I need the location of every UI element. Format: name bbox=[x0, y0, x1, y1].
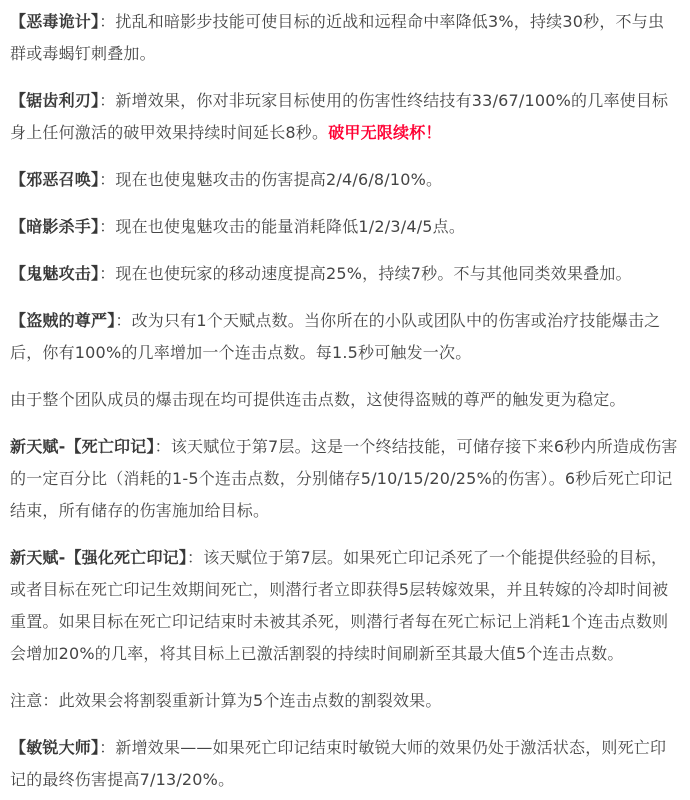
skill-name-label: 【恶毒诡计】 bbox=[10, 12, 99, 31]
skill-name-label: 【敏锐大师】 bbox=[10, 738, 99, 757]
patch-note-paragraph: 【暗影杀手】：现在也使鬼魅攻击的能量消耗降低1/2/3/4/5点。 bbox=[10, 211, 680, 243]
skill-description: ：扰乱和暗影步技能可使目标的近战和远程命中率降低3%，持续30秒，不与虫群或毒蝎… bbox=[10, 12, 664, 63]
patch-note-paragraph: 新天赋-【强化死亡印记】：该天赋位于第7层。如果死亡印记杀死了一个能提供经验的目… bbox=[10, 542, 680, 670]
highlight-note: 破甲无限续杯！ bbox=[328, 123, 441, 142]
patch-note-paragraph: 【恶毒诡计】：扰乱和暗影步技能可使目标的近战和远程命中率降低3%，持续30秒，不… bbox=[10, 6, 680, 70]
skill-name-label: 【盗贼的尊严】 bbox=[10, 311, 115, 330]
skill-name-label: 新天赋-【死亡印记】 bbox=[10, 437, 155, 456]
skill-name-label: 【邪恶召唤】 bbox=[10, 170, 99, 189]
skill-description: ：新增效果——如果死亡印记结束时敏锐大师的效果仍处于激活状态，则死亡印记的最终伤… bbox=[10, 738, 666, 789]
skill-description: 由于整个团队成员的爆击现在均可提供连击点数，这使得盗贼的尊严的触发更为稳定。 bbox=[10, 390, 626, 409]
patch-note-paragraph: 【邪恶召唤】：现在也使鬼魅攻击的伤害提高2/4/6/8/10%。 bbox=[10, 164, 680, 196]
skill-name-label: 【暗影杀手】 bbox=[10, 217, 99, 236]
patch-note-paragraph: 注意：此效果会将割裂重新计算为5个连击点数的割裂效果。 bbox=[10, 685, 680, 717]
skill-description: ：现在也使鬼魅攻击的伤害提高2/4/6/8/10%。 bbox=[99, 170, 442, 189]
patch-note-paragraph: 【敏锐大师】：新增效果——如果死亡印记结束时敏锐大师的效果仍处于激活状态，则死亡… bbox=[10, 732, 680, 796]
patch-note-paragraph: 由于整个团队成员的爆击现在均可提供连击点数，这使得盗贼的尊严的触发更为稳定。 bbox=[10, 384, 680, 416]
patch-note-paragraph: 【鬼魅攻击】：现在也使玩家的移动速度提高25%，持续7秒。不与其他同类效果叠加。 bbox=[10, 258, 680, 290]
patch-note-paragraph: 【锯齿利刃】：新增效果，你对非玩家目标使用的伤害性终结技有33/67/100%的… bbox=[10, 85, 680, 149]
skill-name-label: 【锯齿利刃】 bbox=[10, 91, 99, 110]
patch-note-paragraph: 新天赋-【死亡印记】：该天赋位于第7层。这是一个终结技能，可储存接下来6秒内所造… bbox=[10, 431, 680, 527]
patch-notes-article: 【恶毒诡计】：扰乱和暗影步技能可使目标的近战和远程命中率降低3%，持续30秒，不… bbox=[0, 0, 690, 800]
skill-description: ：现在也使玩家的移动速度提高25%，持续7秒。不与其他同类效果叠加。 bbox=[99, 264, 632, 283]
patch-note-paragraph: 【盗贼的尊严】：改为只有1个天赋点数。当你所在的小队或团队中的伤害或治疗技能爆击… bbox=[10, 305, 680, 369]
skill-name-label: 新天赋-【强化死亡印记】 bbox=[10, 548, 187, 567]
skill-description: 注意：此效果会将割裂重新计算为5个连击点数的割裂效果。 bbox=[10, 691, 442, 710]
skill-description: ：现在也使鬼魅攻击的能量消耗降低1/2/3/4/5点。 bbox=[99, 217, 465, 236]
skill-name-label: 【鬼魅攻击】 bbox=[10, 264, 99, 283]
